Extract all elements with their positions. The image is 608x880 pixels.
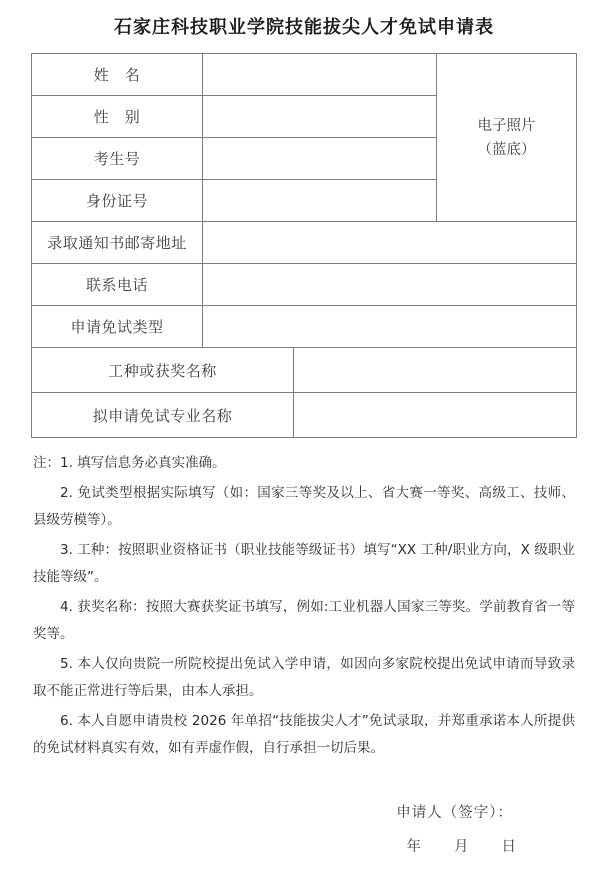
phone-label: 联系电话	[32, 264, 203, 306]
note-item-5: 5. 本人仅向贵院一所院校提出免试入学申请，如因向多家院校提出免试申请而导致录取…	[33, 651, 575, 705]
note-item-4: 4. 获奖名称：按照大赛获奖证书填写，例如:工业机器人国家三等奖。学前教育省一等…	[33, 594, 575, 648]
id-number-label: 身份证号	[32, 180, 203, 222]
note-text-1: 1. 填写信息务必真实准确。	[60, 455, 226, 471]
name-label: 姓 名	[32, 54, 203, 96]
proposed-major-label: 拟申请免试专业名称	[32, 393, 294, 438]
table-row-phone: 联系电话	[32, 264, 577, 306]
form-title: 石家庄科技职业学院技能拔尖人才免试申请表	[0, 0, 608, 39]
name-value-cell	[203, 54, 437, 96]
photo-placeholder: 电子照片 （蓝底）	[437, 54, 577, 222]
worktype-award-value-cell	[294, 348, 577, 393]
day-label: 日	[502, 835, 517, 856]
note-item-6: 6. 本人自愿申请贵校 2026 年单招“技能拔尖人才”免试录取，并郑重承诺本人…	[33, 708, 575, 762]
candidate-number-label: 考生号	[32, 138, 203, 180]
note-item-3: 3. 工种：按照职业资格证书（职业技能等级证书）填写“XX 工种/职业方向，X …	[33, 537, 575, 591]
candidate-number-value-cell	[203, 138, 437, 180]
applicant-signature-label: 申请人（签字）：	[0, 801, 513, 822]
year-label: 年	[407, 835, 422, 856]
table-row-mailing-address: 录取通知书邮寄地址	[32, 222, 577, 264]
note-item-2: 2. 免试类型根据实际填写（如：国家三等奖及以上、省大赛一等奖、高级工、技师、县…	[33, 480, 575, 534]
table-row-exemption-type: 申请免试类型	[32, 306, 577, 348]
notes-section: 注：1. 填写信息务必真实准确。 2. 免试类型根据实际填写（如：国家三等奖及以…	[33, 450, 575, 762]
phone-value-cell	[203, 264, 577, 306]
exemption-type-value-cell	[203, 306, 577, 348]
signature-date-line: 年 月 日	[407, 835, 517, 856]
mailing-address-label: 录取通知书邮寄地址	[32, 222, 203, 264]
note-item-1: 注：1. 填写信息务必真实准确。	[33, 450, 575, 477]
application-form-page: 石家庄科技职业学院技能拔尖人才免试申请表 姓 名 电子照片 （蓝底） 性 别	[0, 0, 608, 880]
photo-label-line1: 电子照片	[437, 114, 576, 138]
exemption-type-label: 申请免试类型	[32, 306, 203, 348]
table-row-worktype-award: 工种或获奖名称	[32, 348, 577, 393]
notes-prefix: 注：	[33, 455, 60, 471]
table-row-proposed-major: 拟申请免试专业名称	[32, 393, 577, 438]
id-number-value-cell	[203, 180, 437, 222]
application-table: 姓 名 电子照片 （蓝底） 性 别 考生号 身份证号 录取通知书邮寄地址	[31, 53, 577, 438]
mailing-address-value-cell	[203, 222, 577, 264]
proposed-major-value-cell	[294, 393, 577, 438]
gender-value-cell	[203, 96, 437, 138]
photo-label-line2: （蓝底）	[437, 138, 576, 162]
month-label: 月	[454, 835, 469, 856]
worktype-award-label: 工种或获奖名称	[32, 348, 294, 393]
table-row-name: 姓 名 电子照片 （蓝底）	[32, 54, 577, 96]
gender-label: 性 别	[32, 96, 203, 138]
